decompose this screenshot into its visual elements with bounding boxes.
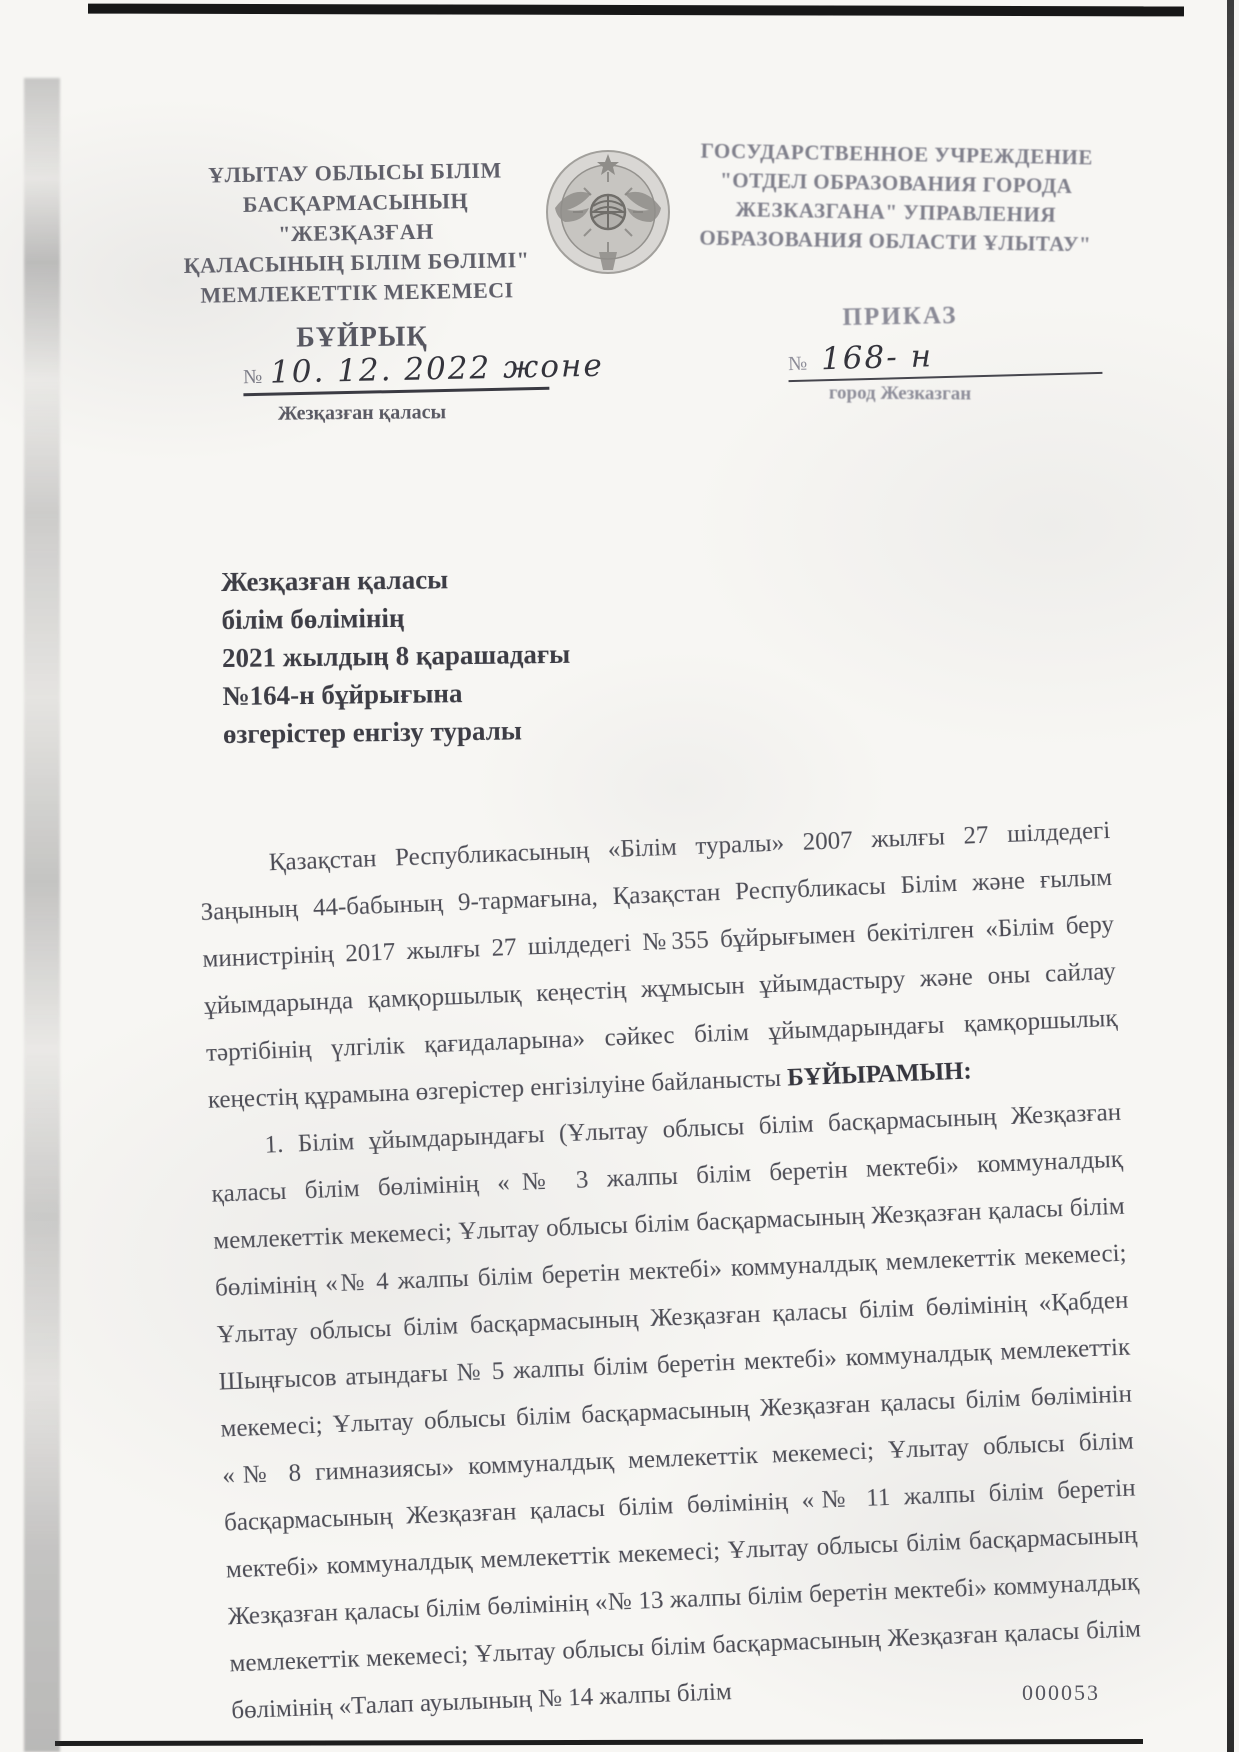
scan-edge-top xyxy=(88,4,1184,17)
number-sign: № xyxy=(788,353,808,375)
org-name-kazakh: ҰЛЫТАУ ОБЛЫСЫ БІЛІМ БАСҚАРМАСЫНЫҢ "ЖЕЗҚА… xyxy=(167,155,546,312)
order-place-russian: город Жезказган xyxy=(720,382,1080,407)
document-title-line: Жезқазған қаласы xyxy=(221,557,721,601)
body-paragraph-preamble: Қазақстан Республикасының «Білім туралы»… xyxy=(198,807,1120,1124)
page-stamp-number: 000053 xyxy=(1022,1680,1100,1706)
document-title-line: білім бөлімінің xyxy=(221,595,721,639)
scan-edge-bottom xyxy=(55,1739,1143,1746)
order-heading-russian: ПРИКАЗ xyxy=(720,300,1080,334)
document-title-line: 2021 жылдың 8 қарашадағы xyxy=(222,633,722,677)
coat-of-arms-kazakhstan-icon xyxy=(543,148,673,280)
decree-word: БҰЙЫРАМЫН: xyxy=(787,1057,973,1091)
document-title-line: №164-н бұйрығына xyxy=(222,671,722,715)
body-paragraph-item-1: 1. Білім ұйымдарындағы (Ұлытау облысы бі… xyxy=(209,1089,1144,1735)
document-title: Жезқазған қаласы білім бөлімінің 2021 жы… xyxy=(221,557,723,753)
org-name-kazakh-line: МЕМЛЕКЕТТІК МЕКЕМЕСІ xyxy=(169,275,545,312)
preamble-text: Қазақстан Республикасының «Білім туралы»… xyxy=(200,817,1118,1114)
document-body: Қазақстан Республикасының «Білім туралы»… xyxy=(198,807,1144,1734)
number-sign: № xyxy=(243,366,263,388)
org-name-russian-line: ОБРАЗОВАНИЯ ОБЛАСТИ ҰЛЫТАУ" xyxy=(693,223,1097,259)
scan-edge-right xyxy=(1227,0,1234,1752)
order-place-kazakh: Жезқазған қаласы xyxy=(182,400,542,426)
order-number-line-kazakh: №10. 12. 2022 жоне xyxy=(243,349,550,396)
handwritten-order-number: 168- н xyxy=(821,338,934,377)
handwritten-date: 10. 12. 2022 жоне xyxy=(270,348,604,391)
order-number-line-russian: №168- н xyxy=(788,334,1103,382)
scan-edge-left xyxy=(24,78,60,1752)
org-name-kazakh-line: БАСҚАРМАСЫНЫҢ "ЖЕЗҚАЗҒАН xyxy=(167,185,544,252)
document-title-line: өзгерістер енгізу туралы xyxy=(223,709,723,753)
org-name-russian: ГОСУДАРСТВЕННОЕ УЧРЕЖДЕНИЕ "ОТДЕЛ ОБРАЗО… xyxy=(693,136,1099,259)
